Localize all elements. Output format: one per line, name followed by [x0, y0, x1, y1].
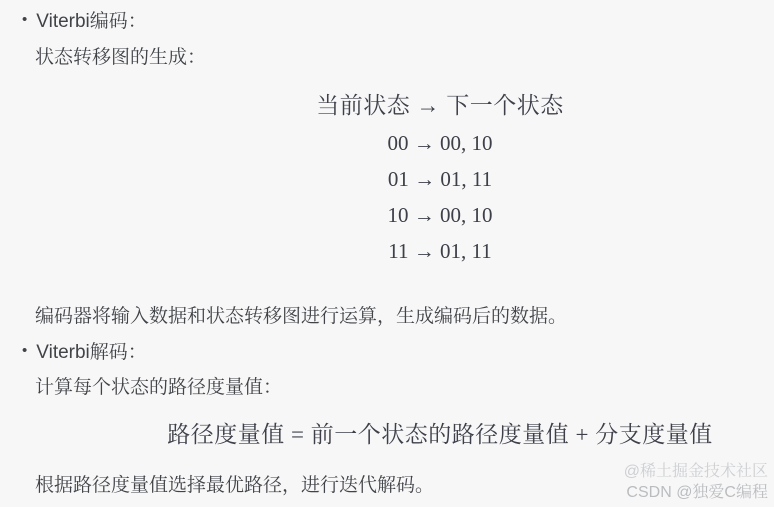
- math-transition-row: 11 → 01, 11: [106, 233, 774, 269]
- decode-paragraph: 根据路径度量值选择最优路径，进行迭代解码。: [35, 474, 434, 498]
- encode-paragraph: 编码器将输入数据和状态转移图进行运算，生成编码后的数据。: [35, 305, 567, 329]
- decode-subtitle: 计算每个状态的路径度量值：: [35, 376, 282, 400]
- bullet-icon: •: [22, 341, 27, 361]
- list-item-viterbi-encode: • Viterbi编码：: [22, 10, 147, 33]
- math-transition-row: 01 → 01, 11: [106, 161, 774, 197]
- article-content: • Viterbi编码： 状态转移图的生成： 当前状态 → 下一个状态 00 →…: [0, 0, 774, 507]
- bullet-icon: •: [22, 10, 27, 30]
- list-item-viterbi-decode: • Viterbi解码：: [22, 341, 147, 364]
- decode-title: Viterbi解码：: [36, 341, 147, 364]
- csdn-watermark: CSDN @独爱C编程: [626, 483, 768, 503]
- math-transition-row: 00 → 00, 10: [106, 125, 774, 161]
- path-metric-formula: 路径度量值 = 前一个状态的路径度量值 + 分支度量值: [0, 420, 774, 450]
- juejin-watermark: @稀土掘金技术社区: [624, 462, 768, 482]
- math-transition-row: 10 → 00, 10: [106, 197, 774, 233]
- formula-line: 路径度量值 = 前一个状态的路径度量值 + 分支度量值: [106, 420, 774, 450]
- encode-subtitle: 状态转移图的生成：: [35, 46, 206, 70]
- math-header-line: 当前状态 → 下一个状态: [106, 87, 774, 125]
- state-transition-math: 当前状态 → 下一个状态 00 → 00, 10 01 → 01, 11 10 …: [0, 87, 774, 269]
- encode-title: Viterbi编码：: [36, 10, 147, 33]
